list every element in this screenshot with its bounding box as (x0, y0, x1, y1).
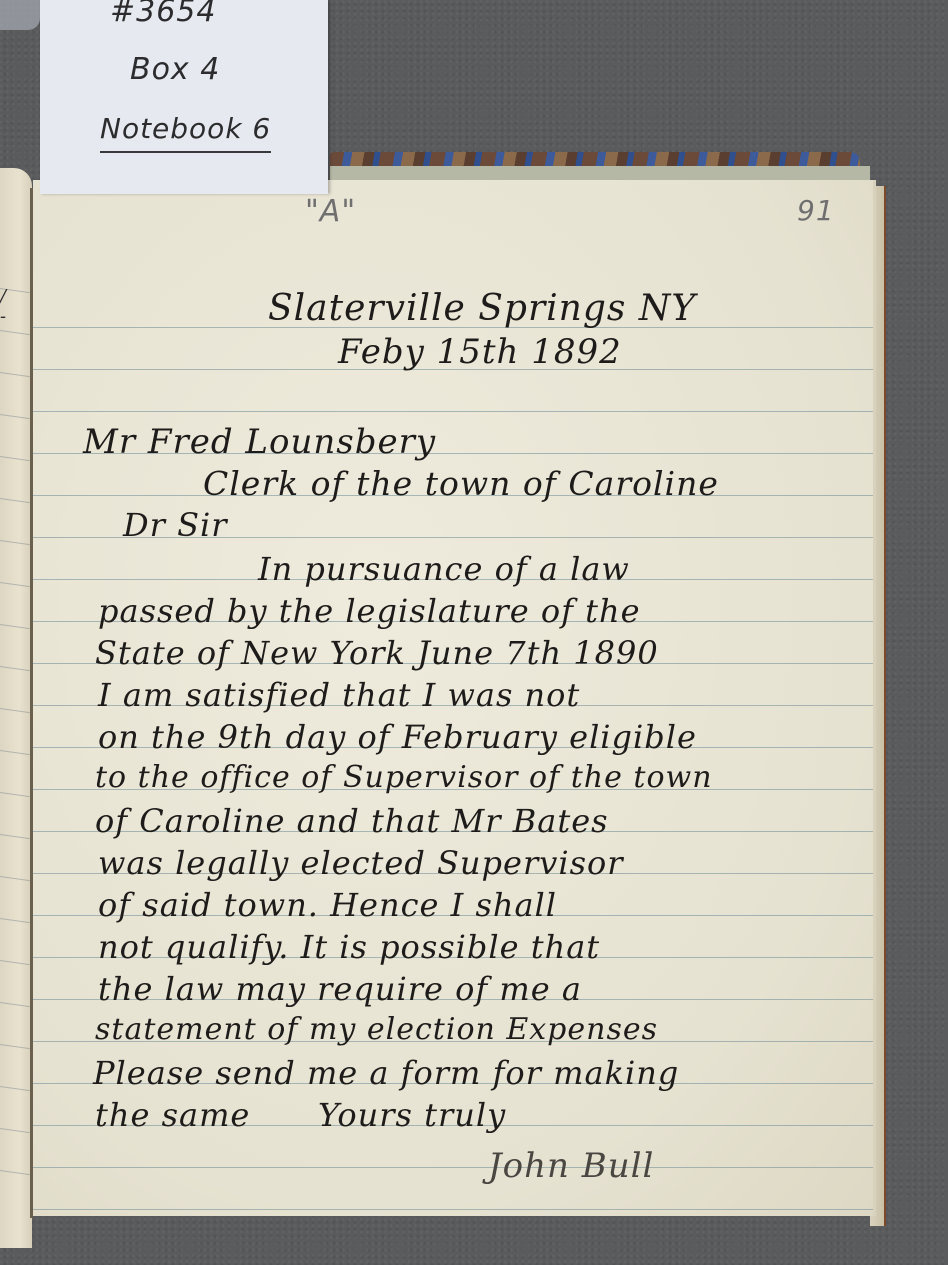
ruled-line (0, 582, 30, 587)
ruled-line (33, 411, 873, 412)
ruled-line (0, 1044, 30, 1049)
section-mark: "A" (305, 194, 356, 229)
letter-closing: Yours truly (318, 1096, 506, 1134)
ruled-line (0, 330, 30, 335)
ruled-line (0, 918, 30, 923)
archival-label-card: #3654 Box 4 Notebook 6 (40, 0, 328, 194)
letter-body-line: not qualify. It is possible that (98, 928, 600, 966)
ruled-line (0, 1170, 30, 1175)
ruled-line (0, 792, 30, 797)
letter-body-line: was legally elected Supervisor (98, 844, 624, 882)
left-page-mark: / (0, 286, 6, 307)
ruled-line (0, 708, 30, 713)
letter-body-line: the law may require of me a (98, 970, 582, 1008)
left-page-mark: - (0, 306, 6, 327)
box-number: Box 4 (130, 52, 220, 87)
ruled-line (0, 456, 30, 461)
endpaper-edge (330, 166, 870, 180)
letter-signature: John Bull (488, 1146, 654, 1186)
ruled-line (0, 1002, 30, 1007)
letter-body-line: I am satisfied that I was not (98, 676, 580, 714)
notebook-page: "A" 91 Slaterville Springs NY Feby 15th … (33, 180, 876, 1216)
ruled-line (0, 540, 30, 545)
ruled-line (0, 834, 30, 839)
letter-body-line: the same (95, 1096, 250, 1134)
letter-body-line: passed by the legislature of the (98, 592, 641, 630)
ruled-line (0, 372, 30, 377)
left-page: / - (0, 168, 32, 1248)
ruled-line (0, 1128, 30, 1133)
letter-body-line: to the office of Supervisor of the town (95, 760, 713, 795)
ruled-line (0, 414, 30, 419)
letter-body-line: In pursuance of a law (258, 550, 630, 588)
bookmark-strap (0, 0, 40, 30)
letter-body-line: statement of my election Expenses (95, 1012, 658, 1047)
page-number: 91 (797, 194, 835, 227)
ruled-line (0, 666, 30, 671)
accession-number: #3654 (110, 0, 216, 29)
letter-body-line: of Caroline and that Mr Bates (95, 802, 609, 840)
ruled-line (0, 624, 30, 629)
letter-date: Feby 15th 1892 (338, 332, 622, 372)
letter-body-line: on the 9th day of February eligible (98, 718, 697, 756)
letter-body-line: of said town. Hence I shall (98, 886, 557, 924)
letter-place: Slaterville Springs NY (268, 288, 696, 329)
ruled-line (0, 498, 30, 503)
ruled-line (33, 1209, 873, 1210)
ruled-line (0, 750, 30, 755)
ruled-line (0, 960, 30, 965)
letter-addressee: Mr Fred Lounsbery (83, 422, 436, 462)
letter-body-line: Please send me a form for making (93, 1054, 679, 1092)
ruled-line (0, 876, 30, 881)
letter-addressee-title: Clerk of the town of Caroline (203, 464, 719, 503)
notebook-number: Notebook 6 (100, 112, 271, 153)
letter-salutation: Dr Sir (123, 506, 228, 544)
ruled-line (33, 1167, 873, 1168)
ruled-line (0, 1086, 30, 1091)
letter-body-line: State of New York June 7th 1890 (95, 634, 659, 672)
